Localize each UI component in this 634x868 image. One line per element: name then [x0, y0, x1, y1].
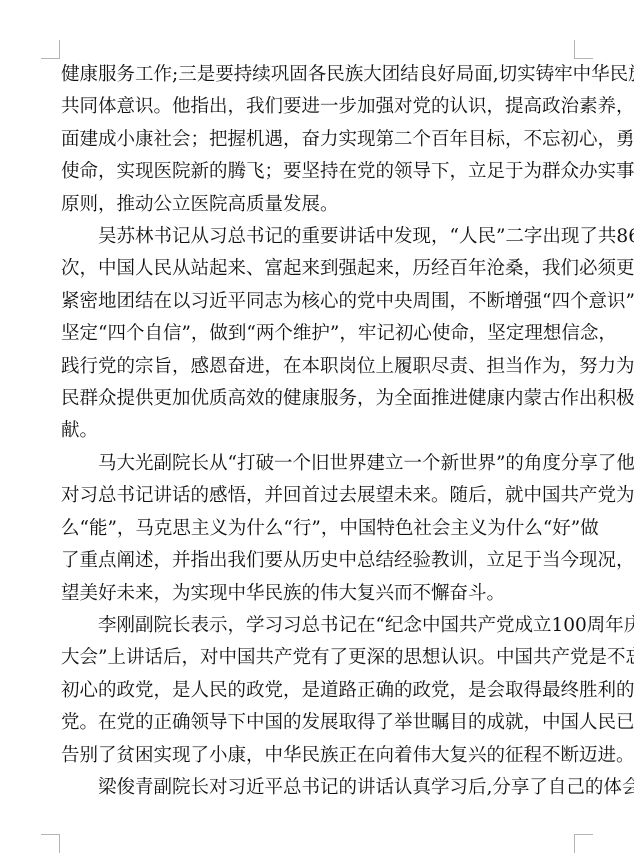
text-line: 望美好未来，为实现中华民族的伟大复兴而不懈奋斗。 [61, 578, 574, 610]
margin-corner-mark-bottom-right [574, 834, 593, 853]
text-line: 紧密地团结在以习近平同志为核心的党中央周围，不断增强“四个意识”， [61, 286, 574, 318]
text-line: 大会”上讲话后，对中国共产党有了更深的思想认识。中国共产党是不忘 [61, 642, 574, 674]
text-line: 了重点阐述，并指出我们要从历史中总结经验教训，立足于当今现况，展 [61, 545, 574, 577]
text-line: 吴苏林书记从习总书记的重要讲话中发现，“人民”二字出现了共86 [61, 221, 574, 253]
text-line: 次，中国人民从站起来、富起来到强起来，历经百年沧桑，我们必须更加 [61, 253, 574, 285]
paragraph: 马大光副院长从“打破一个旧世界建立一个新世界”的角度分享了他 对习总书记讲话的感… [61, 448, 574, 610]
margin-corner-mark-top-right [574, 40, 593, 59]
text-line: 民群众提供更加优质高效的健康服务，为全面推进健康内蒙古作出积极贡 [61, 383, 574, 415]
document-body[interactable]: 健康服务工作;三是要持续巩固各民族大团结良好局面,切实铸牢中华民族 共同体意识。… [61, 59, 574, 804]
text-line: 面建成小康社会；把握机遇，奋力实现第二个百年目标，不忘初心，勇担 [61, 124, 574, 156]
paragraph: 梁俊青副院长对习近平总书记的讲话认真学习后,分享了自己的体会。 [61, 772, 574, 804]
text-line: 党。在党的正确领导下中国的发展取得了举世瞩目的成就，中国人民已经 [61, 707, 574, 739]
text-line: 坚定“四个自信”，做到“两个维护”，牢记初心使命，坚定理想信念， [61, 318, 574, 350]
margin-corner-mark-top-left [41, 40, 60, 59]
text-line: 梁俊青副院长对习近平总书记的讲话认真学习后,分享了自己的体会。 [61, 772, 574, 804]
text-line: 告别了贫困实现了小康，中华民族正在向着伟大复兴的征程不断迈进。 [61, 740, 574, 772]
text-line: 献。 [61, 415, 574, 447]
text-line: 么“能”，马克思主义为什么“行”，中国特色社会主义为什么“好”做 [61, 513, 574, 545]
paragraph: 健康服务工作;三是要持续巩固各民族大团结良好局面,切实铸牢中华民族 共同体意识。… [61, 59, 574, 221]
text-line: 使命，实现医院新的腾飞；要坚持在党的领导下，立足于为群众办实事的 [61, 156, 574, 188]
text-line: 原则，推动公立医院高质量发展。 [61, 189, 574, 221]
text-line: 健康服务工作;三是要持续巩固各民族大团结良好局面,切实铸牢中华民族 [61, 59, 574, 91]
text-line: 马大光副院长从“打破一个旧世界建立一个新世界”的角度分享了他 [61, 448, 574, 480]
text-line: 对习总书记讲话的感悟，并回首过去展望未来。随后，就中国共产党为什 [61, 480, 574, 512]
text-line: 初心的政党，是人民的政党，是道路正确的政党，是会取得最终胜利的政 [61, 675, 574, 707]
text-line: 李刚副院长表示，学习习总书记在“纪念中国共产党成立100周年庆祝 [61, 610, 574, 642]
paragraph: 李刚副院长表示，学习习总书记在“纪念中国共产党成立100周年庆祝 大会”上讲话后… [61, 610, 574, 772]
text-line: 共同体意识。他指出，我们要进一步加强对党的认识，提高政治素养，全 [61, 91, 574, 123]
text-line: 践行党的宗旨，感恩奋进，在本职岗位上履职尽责、担当作为，努力为人 [61, 351, 574, 383]
document-page: 健康服务工作;三是要持续巩固各民族大团结良好局面,切实铸牢中华民族 共同体意识。… [0, 0, 634, 868]
paragraph: 吴苏林书记从习总书记的重要讲话中发现，“人民”二字出现了共86 次，中国人民从站… [61, 221, 574, 448]
margin-corner-mark-bottom-left [41, 834, 60, 853]
